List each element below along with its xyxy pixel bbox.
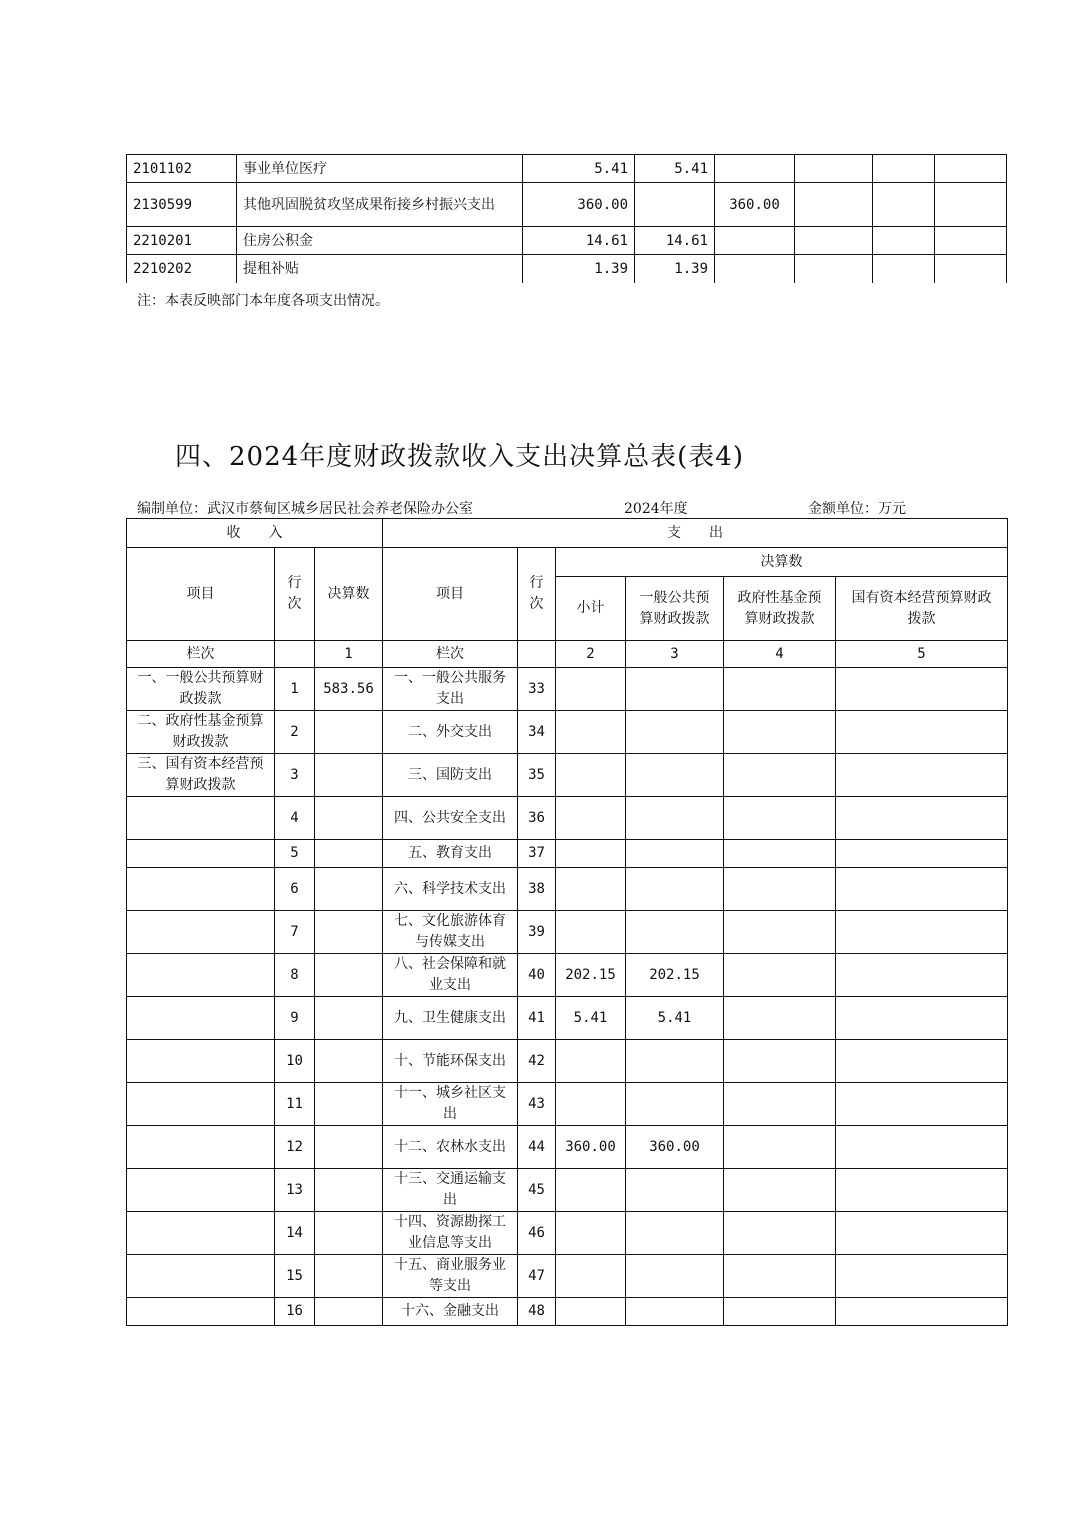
col-4: 4 [724, 641, 836, 668]
table-row: 7七、文化旅游体育与传媒支出39 [127, 911, 1008, 954]
expense-item-cell: 八、社会保障和就业支出 [383, 954, 518, 997]
expense-item-cell: 七、文化旅游体育与传媒支出 [383, 911, 518, 954]
empty-cell [518, 641, 556, 668]
income-item-cell [127, 1126, 275, 1169]
header-row-1: 收 入 支 出 [127, 519, 1008, 548]
expense-item-cell: 六、科学技术支出 [383, 868, 518, 911]
expense-item-cell: 十二、农林水支出 [383, 1126, 518, 1169]
expense-item-cell: 十一、城乡社区支出 [383, 1083, 518, 1126]
gov-fund-cell [724, 868, 836, 911]
expense-line-cell: 39 [518, 911, 556, 954]
state-capital-cell [836, 1298, 1008, 1326]
income-item-cell [127, 840, 275, 868]
general-public-cell: 360.00 [626, 1126, 724, 1169]
empty-cell [795, 183, 873, 227]
code-cell: 2210202 [127, 255, 237, 283]
gov-fund-cell [724, 840, 836, 868]
empty-cell [873, 227, 935, 255]
income-item-cell [127, 1040, 275, 1083]
empty-cell [795, 227, 873, 255]
column-number-row: 栏次 1 栏次 2 3 4 5 [127, 641, 1008, 668]
income-line-cell: 16 [275, 1298, 315, 1326]
state-capital-cell [836, 911, 1008, 954]
basic-cell: 1.39 [635, 255, 715, 283]
gov-fund-header: 政府性基金预算财政拨款 [724, 577, 836, 641]
empty-cell [935, 183, 1007, 227]
expense-item-cell: 三、国防支出 [383, 754, 518, 797]
expense-item-cell: 一、一般公共服务支出 [383, 668, 518, 711]
income-item-cell [127, 1083, 275, 1126]
expense-item-cell: 二、外交支出 [383, 711, 518, 754]
table-meta: 编制单位：武汉市蔡甸区城乡居民社会养老保险办公室 2024年度 金额单位：万元 [137, 498, 1007, 518]
income-line-cell: 4 [275, 797, 315, 840]
general-public-cell [626, 1212, 724, 1255]
expense-item-cell: 十四、资源勘探工业信息等支出 [383, 1212, 518, 1255]
gov-fund-cell [724, 711, 836, 754]
income-line-cell: 6 [275, 868, 315, 911]
income-amount-cell [315, 754, 383, 797]
expense-item-cell: 四、公共安全支出 [383, 797, 518, 840]
expense-line-cell: 42 [518, 1040, 556, 1083]
general-public-cell [626, 840, 724, 868]
header-row-2: 项目 行次 决算数 项目 行次 决算数 [127, 548, 1008, 577]
table-row: 13十三、交通运输支出45 [127, 1169, 1008, 1212]
subtotal-cell: 5.41 [556, 997, 626, 1040]
state-capital-cell [836, 997, 1008, 1040]
empty-cell [935, 155, 1007, 183]
table-row: 11十一、城乡社区支出43 [127, 1083, 1008, 1126]
state-capital-cell [836, 1126, 1008, 1169]
general-public-header: 一般公共预算财政拨款 [626, 577, 724, 641]
expense-item-cell: 十三、交通运输支出 [383, 1169, 518, 1212]
table-row: 一、一般公共预算财政拨款1583.56一、一般公共服务支出33 [127, 668, 1008, 711]
income-line-cell: 13 [275, 1169, 315, 1212]
col-3: 3 [626, 641, 724, 668]
income-item-cell [127, 868, 275, 911]
subtotal-cell [556, 868, 626, 911]
income-item-cell [127, 1212, 275, 1255]
income-item-cell: 一、一般公共预算财政拨款 [127, 668, 275, 711]
basic-cell: 5.41 [635, 155, 715, 183]
subtotal-cell: 202.15 [556, 954, 626, 997]
total-cell: 1.39 [523, 255, 635, 283]
expense-item-cell: 九、卫生健康支出 [383, 997, 518, 1040]
state-capital-cell [836, 868, 1008, 911]
income-amount-cell [315, 840, 383, 868]
expense-item-cell: 五、教育支出 [383, 840, 518, 868]
state-capital-cell [836, 1255, 1008, 1298]
expense-item-cell: 十五、商业服务业等支出 [383, 1255, 518, 1298]
income-line-cell: 15 [275, 1255, 315, 1298]
total-cell: 14.61 [523, 227, 635, 255]
project-cell [715, 255, 795, 283]
project-cell [715, 155, 795, 183]
expense-line-cell: 43 [518, 1083, 556, 1126]
expense-item-cell: 十六、金融支出 [383, 1298, 518, 1326]
state-capital-cell [836, 1169, 1008, 1212]
empty-cell [275, 641, 315, 668]
fiscal-appropriation-summary-table: 收 入 支 出 项目 行次 决算数 项目 行次 决算数 小计 一般公共预算财政拨… [126, 518, 1008, 1326]
project-cell: 360.00 [715, 183, 795, 227]
gov-fund-cell [724, 797, 836, 840]
income-item-cell [127, 797, 275, 840]
income-item-cell [127, 954, 275, 997]
expense-header: 支 出 [383, 519, 1008, 548]
income-amount-cell [315, 711, 383, 754]
expense-line-cell: 44 [518, 1126, 556, 1169]
table-row: 15十五、商业服务业等支出47 [127, 1255, 1008, 1298]
income-amount-cell [315, 1083, 383, 1126]
income-line-cell: 9 [275, 997, 315, 1040]
subtotal-cell [556, 711, 626, 754]
income-item-cell [127, 911, 275, 954]
table-row: 8八、社会保障和就业支出40202.15202.15 [127, 954, 1008, 997]
income-amount-cell [315, 1169, 383, 1212]
expense-line-header: 行次 [518, 548, 556, 641]
income-amount-cell [315, 1126, 383, 1169]
state-capital-cell [836, 754, 1008, 797]
subtotal-cell [556, 911, 626, 954]
empty-cell [795, 155, 873, 183]
general-public-cell [626, 1169, 724, 1212]
income-line-cell: 7 [275, 911, 315, 954]
gov-fund-cell [724, 911, 836, 954]
code-cell: 2130599 [127, 183, 237, 227]
subtotal-cell [556, 1255, 626, 1298]
table-row: 二、政府性基金预算财政拨款2二、外交支出34 [127, 711, 1008, 754]
table-row: 2101102事业单位医疗5.415.41 [127, 155, 1007, 183]
empty-cell [873, 255, 935, 283]
general-public-cell [626, 754, 724, 797]
table-row: 2210201住房公积金14.6114.61 [127, 227, 1007, 255]
table-row: 三、国有资本经营预算财政拨款3三、国防支出35 [127, 754, 1008, 797]
expense-line-cell: 41 [518, 997, 556, 1040]
empty-cell [935, 255, 1007, 283]
state-capital-cell [836, 668, 1008, 711]
income-item-cell [127, 1169, 275, 1212]
table-note: 注：本表反映部门本年度各项支出情况。 [137, 290, 389, 310]
table-row: 14十四、资源勘探工业信息等支出46 [127, 1212, 1008, 1255]
gov-fund-cell [724, 997, 836, 1040]
project-cell [715, 227, 795, 255]
gov-fund-cell [724, 1298, 836, 1326]
col-1: 1 [315, 641, 383, 668]
table-row: 12十二、农林水支出44360.00360.00 [127, 1126, 1008, 1169]
subtotal-cell [556, 840, 626, 868]
gov-fund-cell [724, 954, 836, 997]
state-capital-cell [836, 1083, 1008, 1126]
income-item-header: 项目 [127, 548, 275, 641]
income-amount-cell [315, 1040, 383, 1083]
basic-cell: 14.61 [635, 227, 715, 255]
income-line-cell: 10 [275, 1040, 315, 1083]
state-capital-cell [836, 1040, 1008, 1083]
code-cell: 2101102 [127, 155, 237, 183]
gov-fund-cell [724, 1040, 836, 1083]
basic-cell [635, 183, 715, 227]
subtotal-cell [556, 1298, 626, 1326]
income-amount-cell [315, 1298, 383, 1326]
expense-line-cell: 47 [518, 1255, 556, 1298]
income-line-cell: 14 [275, 1212, 315, 1255]
gov-fund-cell [724, 1126, 836, 1169]
income-header: 收 入 [127, 519, 383, 548]
empty-cell [873, 155, 935, 183]
general-public-cell: 202.15 [626, 954, 724, 997]
page-title: 四、2024年度财政拨款收入支出决算总表(表4) [175, 436, 744, 473]
name-cell: 其他巩固脱贫攻坚成果衔接乡村振兴支出 [237, 183, 523, 227]
subtotal-cell [556, 797, 626, 840]
income-amount-cell: 583.56 [315, 668, 383, 711]
gov-fund-cell [724, 1255, 836, 1298]
income-amount-cell [315, 954, 383, 997]
income-line-header: 行次 [275, 548, 315, 641]
amount-unit: 金额单位：万元 [808, 498, 906, 518]
state-capital-header: 国有资本经营预算财政拨款 [836, 577, 1008, 641]
income-line-cell: 3 [275, 754, 315, 797]
income-amount-cell [315, 868, 383, 911]
total-cell: 360.00 [523, 183, 635, 227]
compiling-unit: 编制单位：武汉市蔡甸区城乡居民社会养老保险办公室 [137, 498, 473, 518]
empty-cell [795, 255, 873, 283]
subtotal-cell: 360.00 [556, 1126, 626, 1169]
gov-fund-cell [724, 668, 836, 711]
state-capital-cell [836, 840, 1008, 868]
state-capital-cell [836, 954, 1008, 997]
general-public-cell [626, 1298, 724, 1326]
state-capital-cell [836, 797, 1008, 840]
subtotal-cell [556, 1040, 626, 1083]
gov-fund-cell [724, 754, 836, 797]
income-line-cell: 12 [275, 1126, 315, 1169]
empty-cell [873, 183, 935, 227]
income-amount-cell [315, 997, 383, 1040]
expense-line-cell: 45 [518, 1169, 556, 1212]
income-line-cell: 5 [275, 840, 315, 868]
general-public-cell [626, 668, 724, 711]
expense-item-cell: 十、节能环保支出 [383, 1040, 518, 1083]
col-label-2: 栏次 [383, 641, 518, 668]
col-2: 2 [556, 641, 626, 668]
expense-line-cell: 48 [518, 1298, 556, 1326]
state-capital-cell [836, 711, 1008, 754]
table-row: 4四、公共安全支出36 [127, 797, 1008, 840]
expense-detail-table-tail: 2101102事业单位医疗5.415.412130599其他巩固脱贫攻坚成果衔接… [126, 154, 1007, 283]
expense-line-cell: 35 [518, 754, 556, 797]
table-row: 6六、科学技术支出38 [127, 868, 1008, 911]
income-amount-cell [315, 1212, 383, 1255]
name-cell: 提租补贴 [237, 255, 523, 283]
general-public-cell: 5.41 [626, 997, 724, 1040]
income-item-cell: 三、国有资本经营预算财政拨款 [127, 754, 275, 797]
name-cell: 住房公积金 [237, 227, 523, 255]
subtotal-cell [556, 1169, 626, 1212]
expense-line-cell: 36 [518, 797, 556, 840]
empty-cell [935, 227, 1007, 255]
gov-fund-cell [724, 1212, 836, 1255]
income-item-cell: 二、政府性基金预算财政拨款 [127, 711, 275, 754]
general-public-cell [626, 711, 724, 754]
expense-line-cell: 33 [518, 668, 556, 711]
income-item-cell [127, 1255, 275, 1298]
table-row: 16十六、金融支出48 [127, 1298, 1008, 1326]
table-row: 5五、教育支出37 [127, 840, 1008, 868]
general-public-cell [626, 797, 724, 840]
general-public-cell [626, 1255, 724, 1298]
expense-line-cell: 37 [518, 840, 556, 868]
expense-line-cell: 38 [518, 868, 556, 911]
income-amount-cell [315, 797, 383, 840]
table-row: 10十、节能环保支出42 [127, 1040, 1008, 1083]
subtotal-cell [556, 1212, 626, 1255]
general-public-cell [626, 1083, 724, 1126]
income-item-cell [127, 1298, 275, 1326]
subtotal-cell [556, 1083, 626, 1126]
subtotal-cell [556, 754, 626, 797]
table-row: 2210202提租补贴1.391.39 [127, 255, 1007, 283]
subtotal-header: 小计 [556, 577, 626, 641]
income-line-cell: 2 [275, 711, 315, 754]
expense-line-cell: 34 [518, 711, 556, 754]
income-amount-header: 决算数 [315, 548, 383, 641]
total-cell: 5.41 [523, 155, 635, 183]
fiscal-year: 2024年度 [624, 498, 688, 518]
expense-amount-group-header: 决算数 [556, 548, 1008, 577]
state-capital-cell [836, 1212, 1008, 1255]
col-label: 栏次 [127, 641, 275, 668]
income-amount-cell [315, 1255, 383, 1298]
gov-fund-cell [724, 1083, 836, 1126]
general-public-cell [626, 868, 724, 911]
gov-fund-cell [724, 1169, 836, 1212]
general-public-cell [626, 1040, 724, 1083]
expense-item-header: 项目 [383, 548, 518, 641]
subtotal-cell [556, 668, 626, 711]
col-5: 5 [836, 641, 1008, 668]
expense-line-cell: 40 [518, 954, 556, 997]
table-row: 2130599其他巩固脱贫攻坚成果衔接乡村振兴支出360.00360.00 [127, 183, 1007, 227]
income-amount-cell [315, 911, 383, 954]
income-line-cell: 8 [275, 954, 315, 997]
name-cell: 事业单位医疗 [237, 155, 523, 183]
income-item-cell [127, 997, 275, 1040]
code-cell: 2210201 [127, 227, 237, 255]
income-line-cell: 11 [275, 1083, 315, 1126]
general-public-cell [626, 911, 724, 954]
expense-line-cell: 46 [518, 1212, 556, 1255]
income-line-cell: 1 [275, 668, 315, 711]
table-row: 9九、卫生健康支出415.415.41 [127, 997, 1008, 1040]
